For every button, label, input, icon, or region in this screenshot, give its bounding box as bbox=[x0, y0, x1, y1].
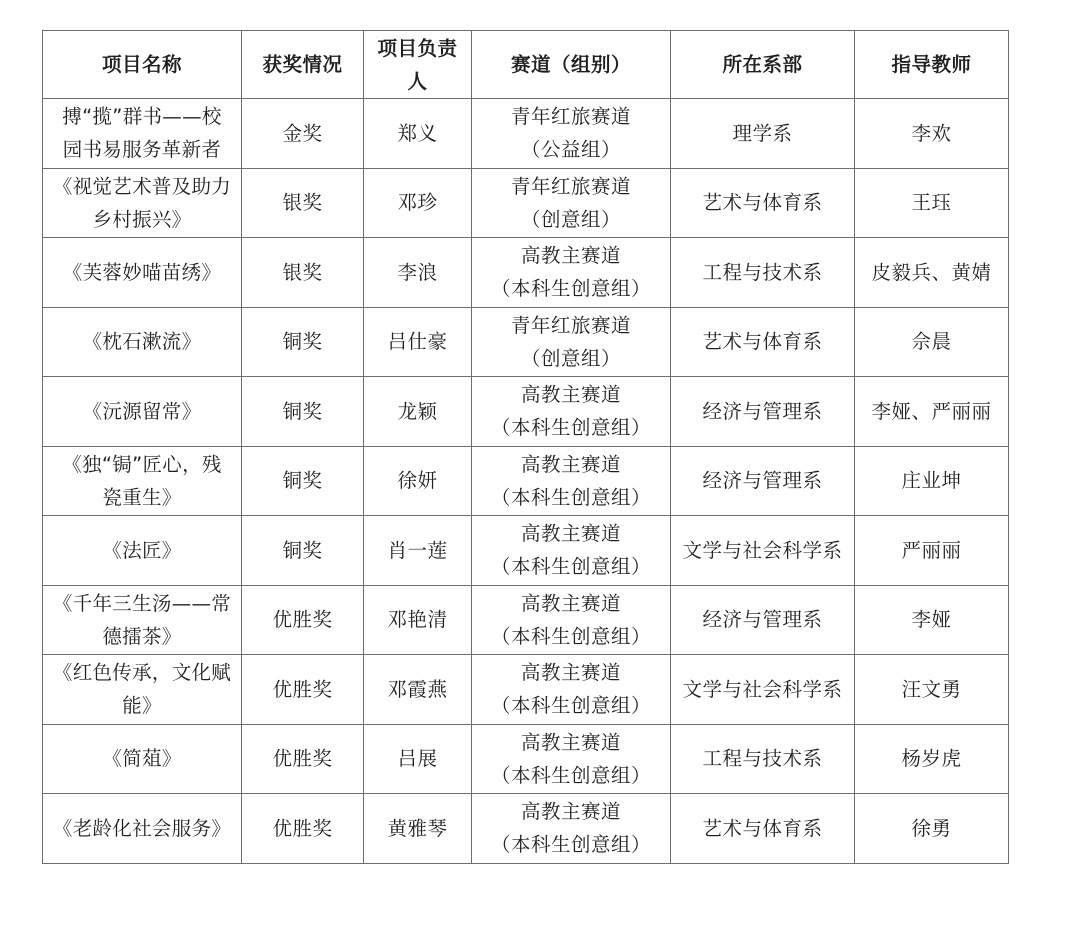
cell-department: 艺术与体育系 bbox=[671, 307, 855, 377]
cell-advisor: 王珏 bbox=[855, 168, 1009, 238]
cell-track-line: （本科生创意组） bbox=[474, 689, 668, 722]
table-body: 搏“揽”群书——校园书易服务革新者金奖郑义青年红旅赛道（公益组）理学系李欢《视觉… bbox=[43, 99, 1009, 864]
cell-award: 优胜奖 bbox=[242, 724, 364, 794]
cell-advisor: 徐勇 bbox=[855, 794, 1009, 864]
cell-advisor: 皮毅兵、黄婧 bbox=[855, 238, 1009, 308]
cell-project-name: 《沅源留常》 bbox=[43, 377, 242, 447]
table-row: 《芙蓉妙喵苗绣》银奖李浪高教主赛道（本科生创意组）工程与技术系皮毅兵、黄婧 bbox=[43, 238, 1009, 308]
header-leader-line-1: 项目负责 bbox=[366, 32, 469, 65]
cell-track: 高教主赛道（本科生创意组） bbox=[472, 585, 671, 655]
cell-project-name: 搏“揽”群书——校园书易服务革新者 bbox=[43, 99, 242, 169]
header-award: 获奖情况 bbox=[242, 31, 364, 99]
cell-project-name-line: 乡村振兴》 bbox=[45, 203, 239, 236]
header-leader-line-2: 人 bbox=[366, 65, 469, 98]
cell-project-name: 《简葅》 bbox=[43, 724, 242, 794]
cell-track-line: 高教主赛道 bbox=[474, 795, 668, 828]
cell-advisor: 李娅、严丽丽 bbox=[855, 377, 1009, 447]
header-advisor: 指导教师 bbox=[855, 31, 1009, 99]
cell-project-name-line: 《视觉艺术普及助力 bbox=[45, 170, 239, 203]
cell-project-name: 《独“锔”匠心，残瓷重生》 bbox=[43, 446, 242, 516]
cell-department: 工程与技术系 bbox=[671, 238, 855, 308]
cell-track-line: 高教主赛道 bbox=[474, 517, 668, 550]
cell-track-line: （本科生创意组） bbox=[474, 411, 668, 444]
cell-track: 高教主赛道（本科生创意组） bbox=[472, 238, 671, 308]
cell-award: 铜奖 bbox=[242, 516, 364, 586]
table-row: 《沅源留常》铜奖龙颖高教主赛道（本科生创意组）经济与管理系李娅、严丽丽 bbox=[43, 377, 1009, 447]
cell-track: 高教主赛道（本科生创意组） bbox=[472, 655, 671, 725]
cell-project-name-line: 《红色传承，文化赋 bbox=[45, 656, 239, 689]
cell-track: 高教主赛道（本科生创意组） bbox=[472, 446, 671, 516]
cell-project-name-line: 《老龄化社会服务》 bbox=[45, 812, 239, 845]
cell-track-line: （本科生创意组） bbox=[474, 759, 668, 792]
cell-track-line: 青年红旅赛道 bbox=[474, 100, 668, 133]
cell-track-line: 高教主赛道 bbox=[474, 726, 668, 759]
cell-track-line: （公益组） bbox=[474, 133, 668, 166]
cell-project-name-line: 能》 bbox=[45, 689, 239, 722]
cell-award: 优胜奖 bbox=[242, 655, 364, 725]
cell-award: 银奖 bbox=[242, 238, 364, 308]
cell-award: 铜奖 bbox=[242, 307, 364, 377]
cell-leader: 邓珍 bbox=[364, 168, 472, 238]
table-row: 《独“锔”匠心，残瓷重生》铜奖徐妍高教主赛道（本科生创意组）经济与管理系庄业坤 bbox=[43, 446, 1009, 516]
cell-track-line: 高教主赛道 bbox=[474, 656, 668, 689]
cell-department: 艺术与体育系 bbox=[671, 794, 855, 864]
cell-track-line: （本科生创意组） bbox=[474, 828, 668, 861]
cell-track-line: 高教主赛道 bbox=[474, 378, 668, 411]
cell-track: 青年红旅赛道（创意组） bbox=[472, 168, 671, 238]
cell-track-line: （创意组） bbox=[474, 342, 668, 375]
cell-track: 高教主赛道（本科生创意组） bbox=[472, 516, 671, 586]
table-row: 《老龄化社会服务》优胜奖黄雅琴高教主赛道（本科生创意组）艺术与体育系徐勇 bbox=[43, 794, 1009, 864]
cell-advisor: 汪文勇 bbox=[855, 655, 1009, 725]
header-leader: 项目负责 人 bbox=[364, 31, 472, 99]
header-project-name: 项目名称 bbox=[43, 31, 242, 99]
cell-advisor: 李娅 bbox=[855, 585, 1009, 655]
cell-project-name-line: 《法匠》 bbox=[45, 534, 239, 567]
cell-track-line: （本科生创意组） bbox=[474, 550, 668, 583]
cell-advisor: 庄业坤 bbox=[855, 446, 1009, 516]
cell-project-name-line: 搏“揽”群书——校 bbox=[45, 100, 239, 133]
table-row: 《法匠》铜奖肖一莲高教主赛道（本科生创意组）文学与社会科学系严丽丽 bbox=[43, 516, 1009, 586]
cell-department: 文学与社会科学系 bbox=[671, 655, 855, 725]
header-department: 所在系部 bbox=[671, 31, 855, 99]
cell-track-line: 高教主赛道 bbox=[474, 587, 668, 620]
cell-track: 青年红旅赛道（公益组） bbox=[472, 99, 671, 169]
table-row: 《红色传承，文化赋能》优胜奖邓霞燕高教主赛道（本科生创意组）文学与社会科学系汪文… bbox=[43, 655, 1009, 725]
cell-track-line: （本科生创意组） bbox=[474, 272, 668, 305]
cell-department: 艺术与体育系 bbox=[671, 168, 855, 238]
cell-advisor: 李欢 bbox=[855, 99, 1009, 169]
cell-track-line: 高教主赛道 bbox=[474, 239, 668, 272]
table-row: 《枕石漱流》铜奖吕仕豪青年红旅赛道（创意组）艺术与体育系佘晨 bbox=[43, 307, 1009, 377]
cell-track-line: （本科生创意组） bbox=[474, 620, 668, 653]
cell-leader: 吕展 bbox=[364, 724, 472, 794]
cell-leader: 龙颖 bbox=[364, 377, 472, 447]
cell-project-name-line: 《简葅》 bbox=[45, 742, 239, 775]
cell-track-line: 青年红旅赛道 bbox=[474, 170, 668, 203]
cell-track-line: （创意组） bbox=[474, 203, 668, 236]
cell-leader: 黄雅琴 bbox=[364, 794, 472, 864]
cell-track: 高教主赛道（本科生创意组） bbox=[472, 377, 671, 447]
cell-award: 优胜奖 bbox=[242, 585, 364, 655]
cell-department: 经济与管理系 bbox=[671, 446, 855, 516]
cell-leader: 邓霞燕 bbox=[364, 655, 472, 725]
header-row: 项目名称 获奖情况 项目负责 人 赛道（组别） 所在系部 指导教师 bbox=[43, 31, 1009, 99]
cell-department: 理学系 bbox=[671, 99, 855, 169]
cell-project-name: 《老龄化社会服务》 bbox=[43, 794, 242, 864]
cell-project-name: 《枕石漱流》 bbox=[43, 307, 242, 377]
cell-track: 青年红旅赛道（创意组） bbox=[472, 307, 671, 377]
cell-award: 银奖 bbox=[242, 168, 364, 238]
cell-advisor: 佘晨 bbox=[855, 307, 1009, 377]
cell-track-line: 青年红旅赛道 bbox=[474, 309, 668, 342]
cell-advisor: 杨岁虎 bbox=[855, 724, 1009, 794]
cell-project-name-line: 《芙蓉妙喵苗绣》 bbox=[45, 256, 239, 289]
cell-track: 高教主赛道（本科生创意组） bbox=[472, 794, 671, 864]
cell-project-name: 《千年三生汤——常德擂茶》 bbox=[43, 585, 242, 655]
table-row: 《简葅》优胜奖吕展高教主赛道（本科生创意组）工程与技术系杨岁虎 bbox=[43, 724, 1009, 794]
cell-project-name-line: 《枕石漱流》 bbox=[45, 325, 239, 358]
cell-leader: 徐妍 bbox=[364, 446, 472, 516]
cell-project-name-line: 《独“锔”匠心，残 bbox=[45, 448, 239, 481]
cell-project-name-line: 园书易服务革新者 bbox=[45, 133, 239, 166]
cell-award: 铜奖 bbox=[242, 377, 364, 447]
cell-project-name: 《芙蓉妙喵苗绣》 bbox=[43, 238, 242, 308]
cell-project-name: 《视觉艺术普及助力乡村振兴》 bbox=[43, 168, 242, 238]
cell-leader: 郑义 bbox=[364, 99, 472, 169]
cell-project-name-line: 《沅源留常》 bbox=[45, 395, 239, 428]
cell-project-name-line: 瓷重生》 bbox=[45, 481, 239, 514]
awards-table: 项目名称 获奖情况 项目负责 人 赛道（组别） 所在系部 指导教师 搏“揽”群书… bbox=[42, 30, 1009, 864]
cell-award: 铜奖 bbox=[242, 446, 364, 516]
cell-project-name: 《红色传承，文化赋能》 bbox=[43, 655, 242, 725]
cell-track-line: 高教主赛道 bbox=[474, 448, 668, 481]
cell-department: 工程与技术系 bbox=[671, 724, 855, 794]
cell-leader: 吕仕豪 bbox=[364, 307, 472, 377]
cell-department: 文学与社会科学系 bbox=[671, 516, 855, 586]
header-track: 赛道（组别） bbox=[472, 31, 671, 99]
cell-track: 高教主赛道（本科生创意组） bbox=[472, 724, 671, 794]
table-row: 《视觉艺术普及助力乡村振兴》银奖邓珍青年红旅赛道（创意组）艺术与体育系王珏 bbox=[43, 168, 1009, 238]
cell-track-line: （本科生创意组） bbox=[474, 481, 668, 514]
cell-leader: 李浪 bbox=[364, 238, 472, 308]
cell-leader: 肖一莲 bbox=[364, 516, 472, 586]
cell-advisor: 严丽丽 bbox=[855, 516, 1009, 586]
cell-project-name-line: 《千年三生汤——常 bbox=[45, 587, 239, 620]
table-header: 项目名称 获奖情况 项目负责 人 赛道（组别） 所在系部 指导教师 bbox=[43, 31, 1009, 99]
table-row: 《千年三生汤——常德擂茶》优胜奖邓艳清高教主赛道（本科生创意组）经济与管理系李娅 bbox=[43, 585, 1009, 655]
cell-award: 金奖 bbox=[242, 99, 364, 169]
cell-department: 经济与管理系 bbox=[671, 585, 855, 655]
cell-department: 经济与管理系 bbox=[671, 377, 855, 447]
cell-leader: 邓艳清 bbox=[364, 585, 472, 655]
table-row: 搏“揽”群书——校园书易服务革新者金奖郑义青年红旅赛道（公益组）理学系李欢 bbox=[43, 99, 1009, 169]
cell-project-name: 《法匠》 bbox=[43, 516, 242, 586]
cell-award: 优胜奖 bbox=[242, 794, 364, 864]
cell-project-name-line: 德擂茶》 bbox=[45, 620, 239, 653]
